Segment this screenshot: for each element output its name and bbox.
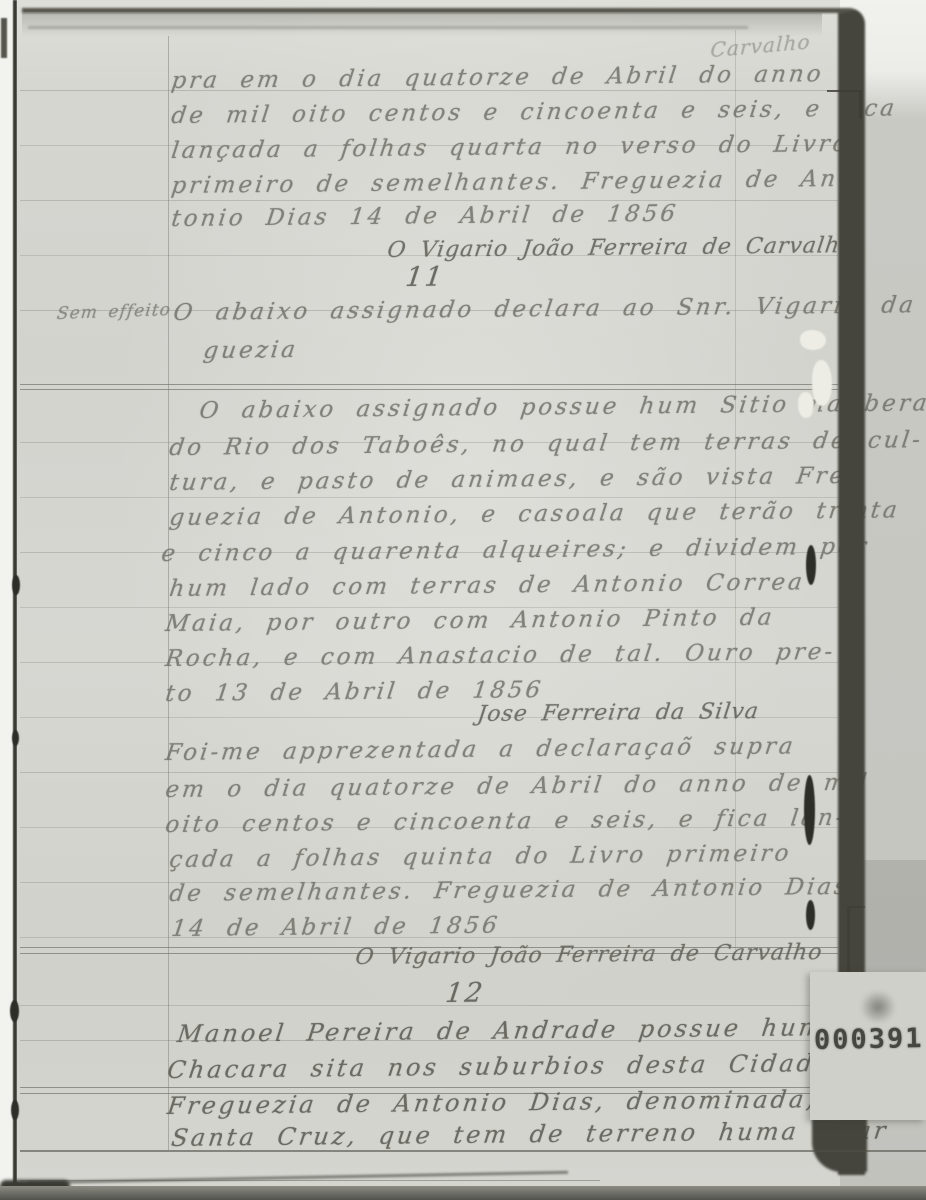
- binding-blob: [806, 900, 815, 930]
- manuscript-line: tonio Dias 14 de Abril de 1856: [170, 203, 680, 231]
- archive-slip: 000391: [810, 972, 926, 1120]
- manuscript-line: Santa Cruz, que tem de terreno huma quar: [170, 1119, 890, 1150]
- scan-top-shadow: [22, 13, 822, 37]
- manuscript-line: Manoel Pereira de Andrade possue huma: [176, 1015, 843, 1046]
- ruled-line-dark: [20, 389, 838, 390]
- rectangle-mark: [847, 906, 865, 974]
- entry-number: 11: [404, 264, 446, 291]
- scanned-manuscript-page: pra em o dia quatorze de Abril do anno d…: [0, 0, 926, 1200]
- edge-ink-mark: [1, 18, 7, 58]
- ink-blob: [12, 575, 20, 595]
- scan-top-line-echo: [28, 26, 748, 29]
- ruled-line-full: [20, 1150, 926, 1152]
- entry-number: 12: [444, 980, 486, 1007]
- corner-bracket-mark: [827, 90, 862, 119]
- signature-line: O Vigario João Ferreira de Carvalho: [386, 235, 856, 262]
- ink-blob: [10, 1000, 19, 1022]
- signature-line: O Vigario João Ferreira de Carvalho: [354, 942, 824, 969]
- binding-blob: [806, 545, 816, 585]
- ruled-line-dark: [20, 384, 838, 385]
- ink-blob: [12, 730, 19, 746]
- paper-fleck: [800, 330, 826, 350]
- ink-blob: [11, 1100, 19, 1120]
- signature-line: Jose Ferreira da Silva: [476, 701, 760, 726]
- paper-fleck: [812, 360, 832, 406]
- manuscript-line: guezia: [202, 339, 299, 363]
- stamp-smudge: [860, 990, 896, 1024]
- manuscript-line: Chacara sita nos suburbios desta Cidade,: [166, 1051, 845, 1082]
- paper-fleck: [798, 392, 814, 418]
- margin-annotation: Sem effeito: [56, 302, 172, 323]
- manuscript-line: 14 de Abril de 1856: [170, 915, 501, 941]
- archive-stamp-number: 000391: [814, 1023, 924, 1056]
- binding-blob: [804, 775, 815, 845]
- scan-bottom-edge: [0, 1186, 926, 1200]
- manuscript-line: Freguezia de Antonio Dias, denominada,: [166, 1087, 819, 1118]
